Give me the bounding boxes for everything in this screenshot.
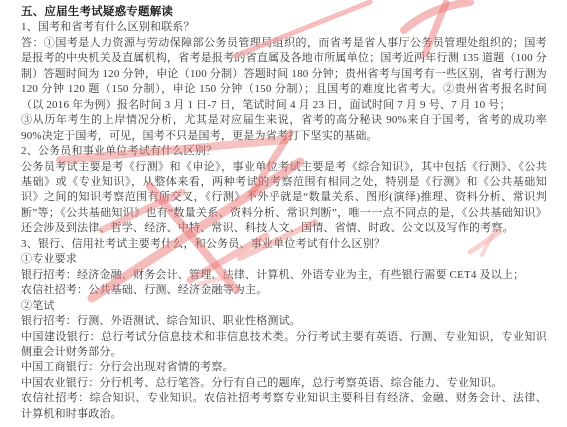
paragraph: 银行招考：经济金融、财务会计、管理、法律、计算机、外语专业为主，有些银行需要 C… [21, 268, 547, 283]
paragraph: ②笔试 [21, 299, 547, 314]
paragraph: 银行招考：行测、外语测试、综合知识、职业性格测试。 [21, 314, 547, 329]
paragraph: 中国农业银行：分行机考、总行笔答。分行有自己的题库，总行考察英语、综合能力、专业… [21, 376, 547, 391]
paragraph: 公务员考试主要是考《行测》和《申论》，事业单位考试主要是考《综合知识》，其中包括… [21, 160, 547, 237]
paragraph: 3、银行、信用社考试主要考什么，和公务员、事业单位考试有什么区别？ [21, 237, 547, 252]
paragraph: 2、公务员和事业单位考试有什么区别？ [21, 144, 547, 159]
paragraph: 1、国考和省考有什么区别和联系？ [21, 20, 547, 35]
paragraph: 农信社招考：公共基础、行测、经济金融等为主。 [21, 283, 547, 298]
paragraph: 答：①国考是人力资源与劳动保障部公务员管理局组织的，而省考是省人事厅公务员管理处… [21, 36, 547, 113]
paragraph: 农信社招考：综合知识、专业知识。农信社招考考察专业知识主要科目有经济、金融、财务… [21, 391, 547, 422]
paragraph: ①专业要求 [21, 252, 547, 267]
paragraph: 中国工商银行：分行会出现对省情的考察。 [21, 360, 547, 375]
paragraph: 中国建设银行：总行考试分信息技术和非信息技术类。分行考试主要有英语、行测、专业知… [21, 330, 547, 361]
document-body: 五、应届生考试疑惑专题解读 1、国考和省考有什么区别和联系？ 答：①国考是人力资… [21, 5, 547, 422]
paragraph: ③从历年考生的上岸情况分析，尤其是对应届生来说，省考的高分秘诀 90%来自于国考… [21, 113, 547, 144]
document-heading: 五、应届生考试疑惑专题解读 [21, 5, 547, 20]
